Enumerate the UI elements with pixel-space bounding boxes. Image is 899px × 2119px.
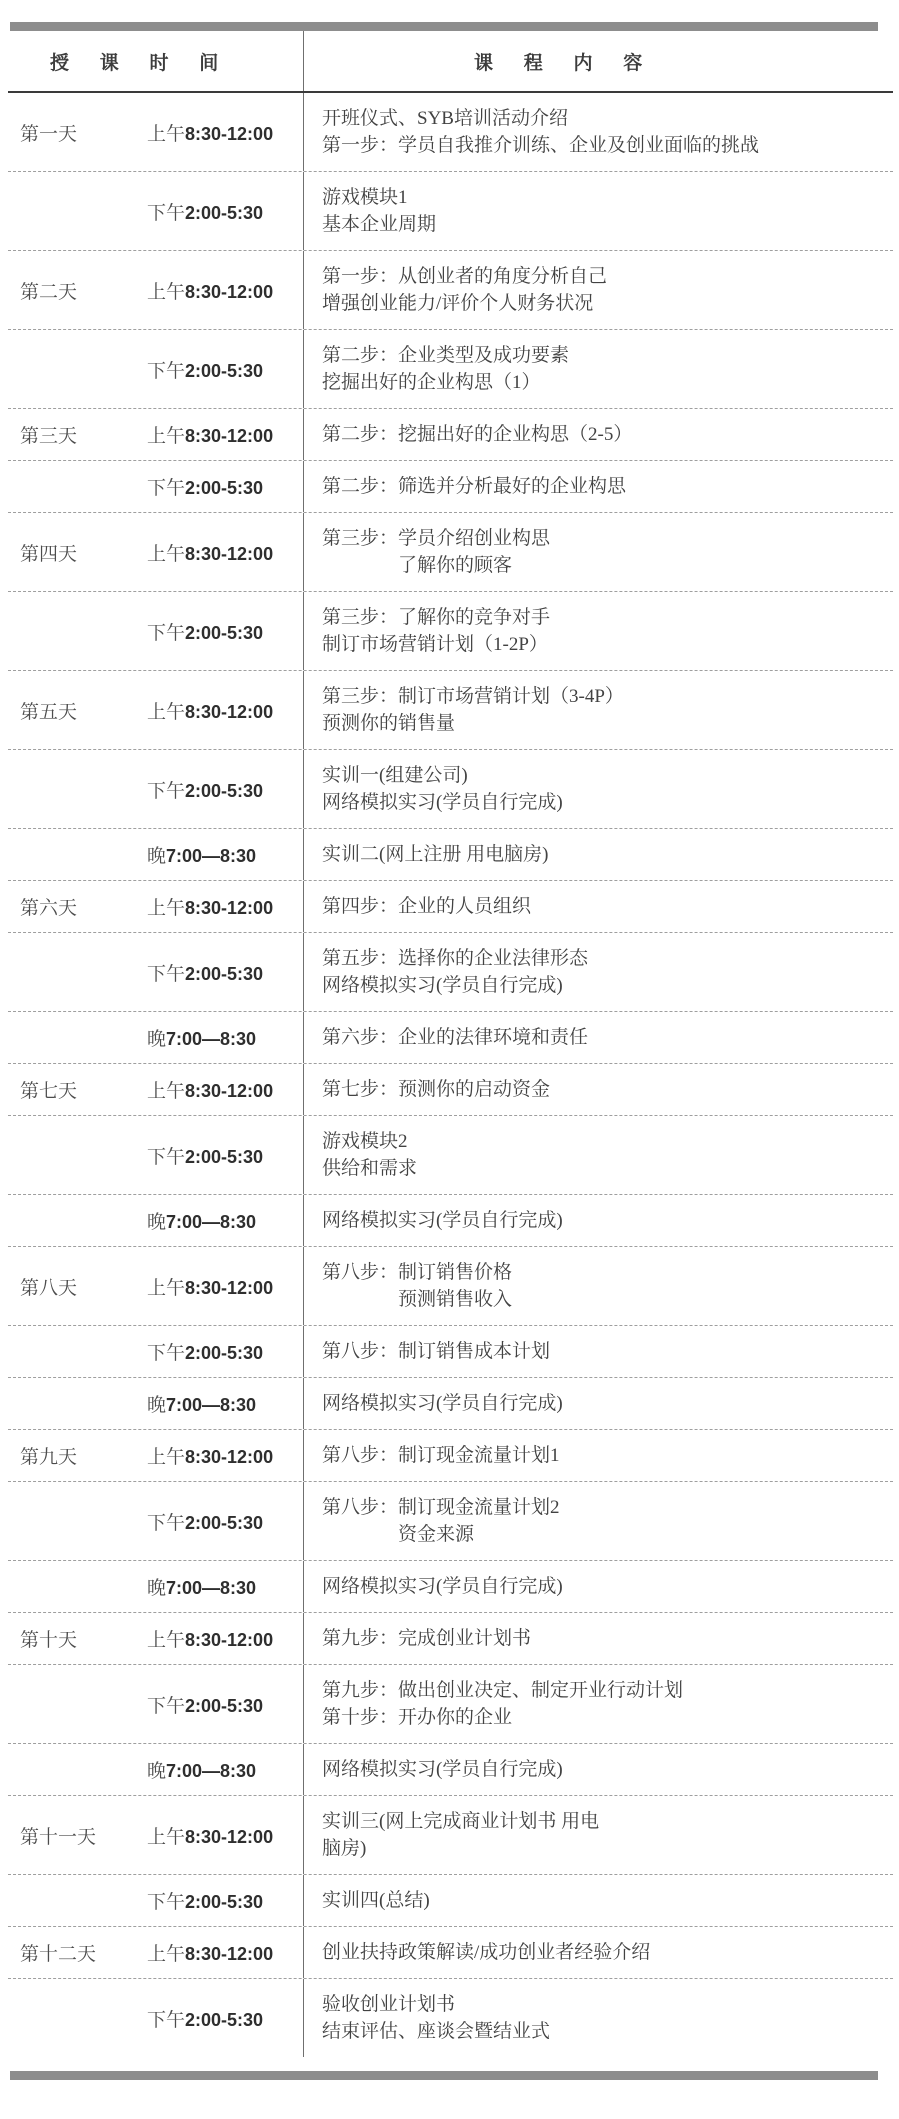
- day-label: 第二天: [8, 277, 135, 304]
- day-label: 第五天: [8, 697, 135, 724]
- session-time: 8:30-12:00: [185, 426, 273, 446]
- day-label: 第九天: [8, 1442, 135, 1469]
- course-line: 第五步：选择你的企业法律形态: [322, 945, 883, 972]
- table-row: 晚7:00—8:30 第六步：企业的法律环境和责任: [8, 1011, 893, 1063]
- course-content: 第五步：选择你的企业法律形态网络模拟实习(学员自行完成): [303, 933, 893, 1011]
- session-time: 7:00—8:30: [166, 846, 256, 866]
- course-line: 资金来源: [322, 1521, 883, 1548]
- course-line: 第三步：学员介绍创业构思: [322, 525, 883, 552]
- day-label: 第七天: [8, 1076, 135, 1103]
- time-cell: 下午2:00-5:30: [8, 1979, 303, 2057]
- time-cell: 第七天 上午8:30-12:00: [8, 1064, 303, 1115]
- table-row: 晚7:00—8:30 网络模拟实习(学员自行完成): [8, 1743, 893, 1795]
- time-cell: 第五天 上午8:30-12:00: [8, 671, 303, 749]
- session-period: 上午: [147, 1447, 185, 1468]
- course-line: 了解你的顾客: [322, 552, 883, 579]
- session-time: 2:00-5:30: [185, 1147, 263, 1167]
- session-time: 8:30-12:00: [185, 898, 273, 918]
- session-time-group: 下午2:00-5:30: [135, 356, 263, 383]
- session-time: 2:00-5:30: [185, 1892, 263, 1912]
- session-period: 上午: [147, 282, 185, 303]
- course-content: 网络模拟实习(学员自行完成): [303, 1561, 893, 1612]
- session-time-group: 上午8:30-12:00: [135, 1939, 273, 1966]
- table-row: 第二天 上午8:30-12:00 第一步：从创业者的角度分析自己增强创业能力/评…: [8, 250, 893, 329]
- session-time: 7:00—8:30: [166, 1212, 256, 1232]
- session-period: 下午: [147, 1513, 185, 1534]
- day-label: 第一天: [8, 119, 135, 146]
- course-content: 第三步：学员介绍创业构思了解你的顾客: [303, 513, 893, 591]
- session-time-group: 上午8:30-12:00: [135, 1822, 273, 1849]
- course-line: 开班仪式、SYB培训活动介绍: [322, 105, 883, 132]
- table-header: 授 课 时 间 课 程 内 容: [8, 31, 893, 93]
- session-time-group: 晚7:00—8:30: [135, 1756, 256, 1783]
- course-line: 第九步：做出创业决定、制定开业行动计划: [322, 1677, 883, 1704]
- session-period: 晚: [147, 1212, 166, 1233]
- course-line: 第九步：完成创业计划书: [322, 1625, 883, 1652]
- course-content: 网络模拟实习(学员自行完成): [303, 1195, 893, 1246]
- time-cell: 下午2:00-5:30: [8, 1482, 303, 1560]
- session-period: 下午: [147, 623, 185, 644]
- session-period: 上午: [147, 1827, 185, 1848]
- course-line: 实训三(网上完成商业计划书 用电: [322, 1808, 883, 1835]
- session-period: 上午: [147, 702, 185, 723]
- session-time: 2:00-5:30: [185, 478, 263, 498]
- time-cell: 第四天 上午8:30-12:00: [8, 513, 303, 591]
- course-content: 游戏模块1基本企业周期: [303, 172, 893, 250]
- day-label: 第三天: [8, 421, 135, 448]
- session-time: 8:30-12:00: [185, 1630, 273, 1650]
- course-line: 游戏模块1: [322, 184, 883, 211]
- course-line: 脑房): [322, 1835, 883, 1862]
- session-time-group: 晚7:00—8:30: [135, 1024, 256, 1051]
- time-cell: 下午2:00-5:30: [8, 172, 303, 250]
- table-row: 下午2:00-5:30 第二步：筛选并分析最好的企业构思: [8, 460, 893, 512]
- session-time: 8:30-12:00: [185, 1278, 273, 1298]
- session-period: 上午: [147, 1630, 185, 1651]
- course-content: 第七步：预测你的启动资金: [303, 1064, 893, 1115]
- table-row: 第六天 上午8:30-12:00 第四步：企业的人员组织: [8, 880, 893, 932]
- course-line: 实训一(组建公司): [322, 762, 883, 789]
- session-period: 上午: [147, 1278, 185, 1299]
- course-content: 创业扶持政策解读/成功创业者经验介绍: [303, 1927, 893, 1978]
- course-content: 第四步：企业的人员组织: [303, 881, 893, 932]
- course-content: 第八步：制订现金流量计划2资金来源: [303, 1482, 893, 1560]
- course-line: 预测销售收入: [322, 1286, 883, 1313]
- session-time: 8:30-12:00: [185, 1081, 273, 1101]
- course-line: 第七步：预测你的启动资金: [322, 1076, 883, 1103]
- session-period: 下午: [147, 964, 185, 985]
- session-time: 7:00—8:30: [166, 1761, 256, 1781]
- session-time-group: 上午8:30-12:00: [135, 539, 273, 566]
- course-line: 游戏模块2: [322, 1128, 883, 1155]
- course-line: 网络模拟实习(学员自行完成): [322, 1207, 883, 1234]
- header-content-column: 课 程 内 容: [474, 48, 655, 75]
- session-time-group: 下午2:00-5:30: [135, 1887, 263, 1914]
- course-line: 制订市场营销计划（1-2P）: [322, 631, 883, 658]
- time-cell: 第九天 上午8:30-12:00: [8, 1430, 303, 1481]
- time-cell: 下午2:00-5:30: [8, 1875, 303, 1926]
- session-time: 2:00-5:30: [185, 361, 263, 381]
- time-cell: 第八天 上午8:30-12:00: [8, 1247, 303, 1325]
- session-time-group: 上午8:30-12:00: [135, 277, 273, 304]
- table-row: 第一天 上午8:30-12:00 开班仪式、SYB培训活动介绍第一步：学员自我推…: [8, 93, 893, 171]
- course-line: 第八步：制订销售价格: [322, 1259, 883, 1286]
- course-line: 第十步：开办你的企业: [322, 1704, 883, 1731]
- course-line: 第三步：制订市场营销计划（3-4P）: [322, 683, 883, 710]
- course-line: 网络模拟实习(学员自行完成): [322, 1573, 883, 1600]
- session-period: 下午: [147, 2010, 185, 2031]
- day-label: 第八天: [8, 1273, 135, 1300]
- session-period: 上午: [147, 1081, 185, 1102]
- session-time-group: 上午8:30-12:00: [135, 1442, 273, 1469]
- session-time-group: 上午8:30-12:00: [135, 893, 273, 920]
- time-cell: 第六天 上午8:30-12:00: [8, 881, 303, 932]
- table-row: 第七天 上午8:30-12:00 第七步：预测你的启动资金: [8, 1063, 893, 1115]
- course-content: 第九步：完成创业计划书: [303, 1613, 893, 1664]
- session-time-group: 下午2:00-5:30: [135, 1691, 263, 1718]
- course-content: 实训二(网上注册 用电脑房): [303, 829, 893, 880]
- session-time: 2:00-5:30: [185, 964, 263, 984]
- time-cell: 第十一天 上午8:30-12:00: [8, 1796, 303, 1874]
- course-line: 第八步：制订销售成本计划: [322, 1338, 883, 1365]
- session-time-group: 上午8:30-12:00: [135, 1076, 273, 1103]
- session-time-group: 上午8:30-12:00: [135, 697, 273, 724]
- course-content: 实训一(组建公司)网络模拟实习(学员自行完成): [303, 750, 893, 828]
- course-content: 第三步：了解你的竞争对手制订市场营销计划（1-2P）: [303, 592, 893, 670]
- session-period: 下午: [147, 1892, 185, 1913]
- course-line: 第八步：制订现金流量计划2: [322, 1494, 883, 1521]
- session-time: 8:30-12:00: [185, 282, 273, 302]
- course-line: 第一步：从创业者的角度分析自己: [322, 263, 883, 290]
- course-line: 验收创业计划书: [322, 1991, 883, 2018]
- course-content: 第八步：制订现金流量计划1: [303, 1430, 893, 1481]
- session-time-group: 上午8:30-12:00: [135, 1625, 273, 1652]
- bottom-divider-bar: [10, 2071, 878, 2080]
- course-line: 创业扶持政策解读/成功创业者经验介绍: [322, 1939, 883, 1966]
- time-cell: 晚7:00—8:30: [8, 1378, 303, 1429]
- table-row: 晚7:00—8:30 网络模拟实习(学员自行完成): [8, 1377, 893, 1429]
- day-label: 第四天: [8, 539, 135, 566]
- course-content: 实训三(网上完成商业计划书 用电脑房): [303, 1796, 893, 1874]
- table-row: 晚7:00—8:30 网络模拟实习(学员自行完成): [8, 1560, 893, 1612]
- time-cell: 下午2:00-5:30: [8, 1116, 303, 1194]
- session-time: 2:00-5:30: [185, 2010, 263, 2030]
- course-line: 网络模拟实习(学员自行完成): [322, 972, 883, 999]
- course-line: 第六步：企业的法律环境和责任: [322, 1024, 883, 1051]
- session-time: 2:00-5:30: [185, 781, 263, 801]
- table-row: 下午2:00-5:30 游戏模块1基本企业周期: [8, 171, 893, 250]
- schedule-rows: 第一天 上午8:30-12:00 开班仪式、SYB培训活动介绍第一步：学员自我推…: [8, 93, 893, 2057]
- course-line: 挖掘出好的企业构思（1）: [322, 369, 883, 396]
- course-line: 实训四(总结): [322, 1887, 883, 1914]
- course-line: 第二步：企业类型及成功要素: [322, 342, 883, 369]
- course-line: 第一步：学员自我推介训练、企业及创业面临的挑战: [322, 132, 883, 159]
- course-content: 第八步：制订销售价格预测销售收入: [303, 1247, 893, 1325]
- table-row: 第十二天 上午8:30-12:00 创业扶持政策解读/成功创业者经验介绍: [8, 1926, 893, 1978]
- course-line: 实训二(网上注册 用电脑房): [322, 841, 883, 868]
- session-period: 上午: [147, 124, 185, 145]
- header-content-column-cell: 课 程 内 容: [303, 31, 893, 91]
- session-period: 下午: [147, 478, 185, 499]
- session-period: 晚: [147, 1029, 166, 1050]
- course-line: 预测你的销售量: [322, 710, 883, 737]
- session-period: 晚: [147, 1761, 166, 1782]
- session-time: 2:00-5:30: [185, 1513, 263, 1533]
- table-row: 第五天 上午8:30-12:00 第三步：制订市场营销计划（3-4P）预测你的销…: [8, 670, 893, 749]
- table-row: 下午2:00-5:30 第五步：选择你的企业法律形态网络模拟实习(学员自行完成): [8, 932, 893, 1011]
- session-period: 上午: [147, 898, 185, 919]
- course-line: 基本企业周期: [322, 211, 883, 238]
- session-time: 7:00—8:30: [166, 1578, 256, 1598]
- course-content: 第三步：制订市场营销计划（3-4P）预测你的销售量: [303, 671, 893, 749]
- day-label: 第十天: [8, 1625, 135, 1652]
- course-content: 网络模拟实习(学员自行完成): [303, 1744, 893, 1795]
- session-period: 晚: [147, 1395, 166, 1416]
- session-period: 下午: [147, 1343, 185, 1364]
- course-line: 第二步：挖掘出好的企业构思（2-5）: [322, 421, 883, 448]
- session-time-group: 晚7:00—8:30: [135, 1573, 256, 1600]
- session-time-group: 上午8:30-12:00: [135, 421, 273, 448]
- session-time-group: 晚7:00—8:30: [135, 841, 256, 868]
- table-row: 下午2:00-5:30 实训一(组建公司)网络模拟实习(学员自行完成): [8, 749, 893, 828]
- time-cell: 第二天 上午8:30-12:00: [8, 251, 303, 329]
- course-content: 第六步：企业的法律环境和责任: [303, 1012, 893, 1063]
- time-cell: 晚7:00—8:30: [8, 1561, 303, 1612]
- session-time-group: 下午2:00-5:30: [135, 959, 263, 986]
- time-cell: 晚7:00—8:30: [8, 829, 303, 880]
- session-time-group: 上午8:30-12:00: [135, 1273, 273, 1300]
- table-row: 下午2:00-5:30 第九步：做出创业决定、制定开业行动计划第十步：开办你的企…: [8, 1664, 893, 1743]
- session-time-group: 下午2:00-5:30: [135, 618, 263, 645]
- time-cell: 下午2:00-5:30: [8, 1326, 303, 1377]
- table-row: 下午2:00-5:30 第三步：了解你的竞争对手制订市场营销计划（1-2P）: [8, 591, 893, 670]
- course-content: 第九步：做出创业决定、制定开业行动计划第十步：开办你的企业: [303, 1665, 893, 1743]
- session-time: 2:00-5:30: [185, 1343, 263, 1363]
- time-cell: 下午2:00-5:30: [8, 592, 303, 670]
- session-time: 8:30-12:00: [185, 124, 273, 144]
- table-row: 第十一天 上午8:30-12:00 实训三(网上完成商业计划书 用电脑房): [8, 1795, 893, 1874]
- time-cell: 第十二天 上午8:30-12:00: [8, 1927, 303, 1978]
- course-content: 游戏模块2供给和需求: [303, 1116, 893, 1194]
- header-time-column: 授 课 时 间: [8, 48, 303, 75]
- course-line: 增强创业能力/评价个人财务状况: [322, 290, 883, 317]
- table-row: 下午2:00-5:30 实训四(总结): [8, 1874, 893, 1926]
- table-row: 下午2:00-5:30 游戏模块2供给和需求: [8, 1115, 893, 1194]
- session-period: 上午: [147, 1944, 185, 1965]
- course-line: 网络模拟实习(学员自行完成): [322, 789, 883, 816]
- table-row: 下午2:00-5:30 第二步：企业类型及成功要素挖掘出好的企业构思（1）: [8, 329, 893, 408]
- time-cell: 下午2:00-5:30: [8, 750, 303, 828]
- table-row: 下午2:00-5:30 验收创业计划书结束评估、座谈会暨结业式: [8, 1978, 893, 2057]
- table-row: 晚7:00—8:30 网络模拟实习(学员自行完成): [8, 1194, 893, 1246]
- course-content: 验收创业计划书结束评估、座谈会暨结业式: [303, 1979, 893, 2057]
- time-cell: 晚7:00—8:30: [8, 1744, 303, 1795]
- day-label: 第六天: [8, 893, 135, 920]
- course-content: 第二步：挖掘出好的企业构思（2-5）: [303, 409, 893, 460]
- session-time-group: 晚7:00—8:30: [135, 1390, 256, 1417]
- schedule-sheet: 授 课 时 间 课 程 内 容 第一天 上午8:30-12:00 开班仪式、SY…: [0, 0, 899, 2080]
- session-period: 下午: [147, 1696, 185, 1717]
- session-time: 8:30-12:00: [185, 1447, 273, 1467]
- session-time: 7:00—8:30: [166, 1029, 256, 1049]
- session-period: 下午: [147, 361, 185, 382]
- table-row: 下午2:00-5:30 第八步：制订现金流量计划2资金来源: [8, 1481, 893, 1560]
- session-time-group: 下午2:00-5:30: [135, 776, 263, 803]
- session-time-group: 下午2:00-5:30: [135, 1142, 263, 1169]
- session-time: 7:00—8:30: [166, 1395, 256, 1415]
- session-period: 晚: [147, 846, 166, 867]
- time-cell: 第一天 上午8:30-12:00: [8, 93, 303, 171]
- course-content: 开班仪式、SYB培训活动介绍第一步：学员自我推介训练、企业及创业面临的挑战: [303, 93, 893, 171]
- table-row: 晚7:00—8:30 实训二(网上注册 用电脑房): [8, 828, 893, 880]
- course-content: 实训四(总结): [303, 1875, 893, 1926]
- session-period: 下午: [147, 781, 185, 802]
- session-time: 8:30-12:00: [185, 1827, 273, 1847]
- session-time-group: 下午2:00-5:30: [135, 473, 263, 500]
- schedule-table: 授 课 时 间 课 程 内 容 第一天 上午8:30-12:00 开班仪式、SY…: [8, 31, 893, 2057]
- session-time: 2:00-5:30: [185, 623, 263, 643]
- course-content: 第二步：筛选并分析最好的企业构思: [303, 461, 893, 512]
- session-time: 8:30-12:00: [185, 544, 273, 564]
- day-label: 第十二天: [8, 1939, 135, 1966]
- course-line: 第四步：企业的人员组织: [322, 893, 883, 920]
- session-time-group: 上午8:30-12:00: [135, 119, 273, 146]
- time-cell: 第三天 上午8:30-12:00: [8, 409, 303, 460]
- session-period: 上午: [147, 544, 185, 565]
- session-time: 8:30-12:00: [185, 1944, 273, 1964]
- course-content: 第八步：制订销售成本计划: [303, 1326, 893, 1377]
- session-period: 晚: [147, 1578, 166, 1599]
- session-period: 下午: [147, 203, 185, 224]
- table-row: 第四天 上午8:30-12:00 第三步：学员介绍创业构思了解你的顾客: [8, 512, 893, 591]
- course-content: 网络模拟实习(学员自行完成): [303, 1378, 893, 1429]
- session-time: 8:30-12:00: [185, 702, 273, 722]
- course-line: 网络模拟实习(学员自行完成): [322, 1390, 883, 1417]
- session-time-group: 晚7:00—8:30: [135, 1207, 256, 1234]
- course-content: 第一步：从创业者的角度分析自己增强创业能力/评价个人财务状况: [303, 251, 893, 329]
- top-divider-bar: [10, 22, 878, 31]
- session-period: 下午: [147, 1147, 185, 1168]
- table-row: 第十天 上午8:30-12:00 第九步：完成创业计划书: [8, 1612, 893, 1664]
- day-label: 第十一天: [8, 1822, 135, 1849]
- session-time-group: 下午2:00-5:30: [135, 198, 263, 225]
- session-time: 2:00-5:30: [185, 203, 263, 223]
- course-line: 第三步：了解你的竞争对手: [322, 604, 883, 631]
- course-line: 结束评估、座谈会暨结业式: [322, 2018, 883, 2045]
- course-line: 第八步：制订现金流量计划1: [322, 1442, 883, 1469]
- session-period: 上午: [147, 426, 185, 447]
- time-cell: 下午2:00-5:30: [8, 933, 303, 1011]
- time-cell: 下午2:00-5:30: [8, 330, 303, 408]
- time-cell: 第十天 上午8:30-12:00: [8, 1613, 303, 1664]
- session-time-group: 下午2:00-5:30: [135, 1338, 263, 1365]
- course-content: 第二步：企业类型及成功要素挖掘出好的企业构思（1）: [303, 330, 893, 408]
- session-time: 2:00-5:30: [185, 1696, 263, 1716]
- session-time-group: 下午2:00-5:30: [135, 1508, 263, 1535]
- table-row: 第九天 上午8:30-12:00 第八步：制订现金流量计划1: [8, 1429, 893, 1481]
- time-cell: 晚7:00—8:30: [8, 1195, 303, 1246]
- table-row: 第八天 上午8:30-12:00 第八步：制订销售价格预测销售收入: [8, 1246, 893, 1325]
- course-line: 供给和需求: [322, 1155, 883, 1182]
- course-line: 网络模拟实习(学员自行完成): [322, 1756, 883, 1783]
- table-row: 下午2:00-5:30 第八步：制订销售成本计划: [8, 1325, 893, 1377]
- time-cell: 下午2:00-5:30: [8, 461, 303, 512]
- session-time-group: 下午2:00-5:30: [135, 2005, 263, 2032]
- course-line: 第二步：筛选并分析最好的企业构思: [322, 473, 883, 500]
- time-cell: 晚7:00—8:30: [8, 1012, 303, 1063]
- time-cell: 下午2:00-5:30: [8, 1665, 303, 1743]
- table-row: 第三天 上午8:30-12:00 第二步：挖掘出好的企业构思（2-5）: [8, 408, 893, 460]
